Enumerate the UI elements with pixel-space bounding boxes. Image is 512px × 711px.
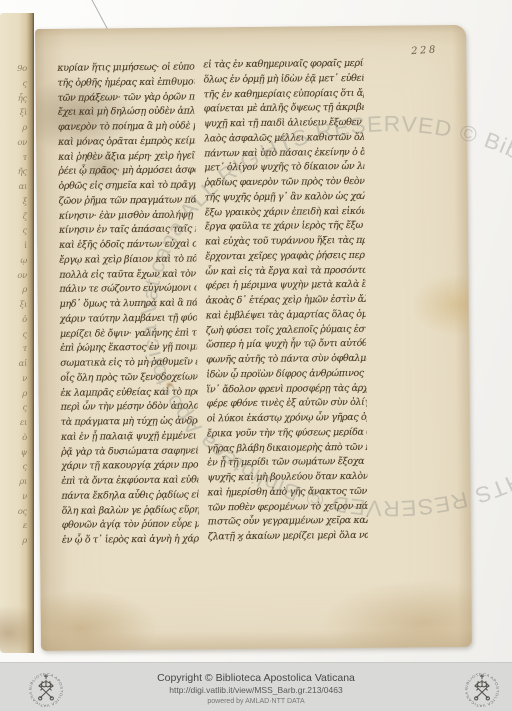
manuscript-line: τῆς ψυχῆς ὁρμῇ γ᾽ ἂν καλὸν ὡς χαλεπόν bbox=[205, 190, 365, 206]
manuscript-line: περὶ ὧν τὴν μέσην ὁδὸν ἀπολαμβάνῃ ἐν bbox=[61, 400, 198, 416]
gutter-fragment: ς bbox=[0, 460, 27, 475]
gutter-fragment: ς bbox=[0, 401, 27, 416]
crossed-keys-ombrellino-icon bbox=[475, 675, 490, 700]
gutter-fragment: ξὶ bbox=[0, 106, 27, 121]
manuscript-line: λαὸς ἀσφαλῶς μέλλει καθιστῶν ὅλα νόμιμα bbox=[204, 131, 364, 147]
vatican-library-logo-right: BIBLIOTECA APOSTOLICA VATICANA bbox=[463, 671, 501, 709]
manuscript-line: πιστῶς οὖν γεγραμμένων χεῖρα καλήν bbox=[208, 514, 368, 530]
gutter-fragment: τ bbox=[0, 342, 27, 357]
gutter-fragment: ρι bbox=[0, 475, 27, 490]
gutter-fragment: ν bbox=[0, 490, 27, 505]
scan-background: 9oςἧςξὶροντῆςαιξζςὶῳονρξιὁςταἱνρςειὸψςρι… bbox=[0, 0, 512, 663]
manuscript-line: κίνησιν· ἐὰν μισθὸν ἀπολήψῃ τινά bbox=[59, 208, 196, 224]
manuscript-line: σωματικὰ εἰς τὸ μὴ ῥαθυμεῖν ἐπιλαθῇ bbox=[60, 355, 197, 371]
gutter-fragment: ρ bbox=[0, 534, 27, 549]
manuscript-line: καὶ ῥηθὲν ἄξια μέρη· χεὶρ ἡγεῖται ψυχή bbox=[58, 149, 195, 165]
manuscript-line: ἐν ᾧ ὅ τ᾽ ἱερὸς καὶ ἁγνὴ ἡ χάρις ἔσται bbox=[62, 532, 199, 548]
manuscript-line: ζλατῇ ϗ ἀκαίων μερίζει μερὶ ὅλα ναί bbox=[208, 529, 368, 545]
manuscript-line: ἔργῳ καὶ χεὶρ βίαιον καὶ τὸ πᾶν μέτρον bbox=[59, 252, 196, 268]
manuscript-line: φανερὸν τὸ ποίημα ἃ μὴ οὐδὲ μιᾶς ὥρας bbox=[58, 119, 195, 135]
gutter-fragment: ὸ bbox=[0, 431, 27, 446]
manuscript-line: ἔξω γραικὸς χάριν ἐπειδὴ καὶ εἰκόνι bbox=[205, 204, 365, 220]
gutter-fragment: ει bbox=[0, 416, 27, 431]
manuscript-line: χάριν τῇ κακουργίᾳ χάριν προϊόντα ἦν bbox=[61, 459, 198, 475]
manuscript-line: χάριν ταύτην λαμβάνει τῇ φύσει φέρον bbox=[60, 311, 197, 327]
manuscript-line: πολλὰ εἰς ταῦτα ἔχων καὶ τὸν ὑπὲρ πᾶν bbox=[59, 267, 196, 283]
manuscript-line: φωνῆς αὐτῆς τὸ πάντα σὺν ὀφθαλμῷ ἰδεῖν bbox=[206, 352, 366, 368]
manuscript-line: τὰ πράγματα μὴ τύχῃ ὡς ἀνδρὸς ἀγαθοῦ bbox=[61, 414, 198, 430]
manuscript-line: κίνησιν ἐν ταῖς ἁπάσαις ταῖς πράξεσι bbox=[59, 223, 196, 239]
manuscript-line: τῶν ποθὲν φερομένων τὸ χεῖρον πάντα bbox=[208, 499, 368, 515]
footer-copyright: Copyright © Biblioteca Apostolica Vatica… bbox=[0, 673, 512, 684]
manuscript-line: ῥᾳδίως φανερὸν τῶν πρὸς τὸν θεὸν ὅλων bbox=[204, 175, 364, 191]
manuscript-page: 228 κυρίαν ἥτις μιμήσεως· οἱ εὐπορήσανττ… bbox=[35, 25, 472, 651]
gutter-fragment: ς bbox=[0, 224, 27, 239]
manuscript-line: καὶ ἡμερίσθη ἀπὸ γῆς ἄνακτος τῶν κάτω bbox=[207, 485, 367, 501]
manuscript-line: ἔχει καὶ μὴ δηλώσῃ οὐδὲν ἁπλῶς εὑρών bbox=[58, 105, 195, 121]
manuscript-line: καὶ ἐμβλέψει τὰς ἁμαρτίας ὅλας ὁμοῦ bbox=[206, 308, 366, 324]
gutter-fragment: ς bbox=[0, 328, 27, 343]
manuscript-line: τῶν πράξεων· τῶν γὰρ ὁρῶν πρόβλεψιν bbox=[58, 90, 195, 106]
manuscript-line: ῥᾷ γὰρ τὰ δυσιώματα σαφηνείᾳ εὑρεῖν bbox=[61, 444, 198, 460]
thread-crease-line bbox=[91, 0, 109, 30]
manuscript-line: κυρίαν ἥτις μιμήσεως· οἱ εὐπορήσαντ bbox=[57, 60, 194, 76]
gutter-fragment: ρ bbox=[0, 387, 27, 402]
gutter-fragment: ῆς bbox=[0, 165, 27, 180]
facing-page-edge: 9oςἧςξὶροντῆςαιξζςὶῳονρξιὁςταἱνρςειὸψςρι… bbox=[0, 13, 34, 653]
gutter-fragment: ὶ bbox=[0, 239, 27, 254]
gutter-fragment: ζ bbox=[0, 210, 27, 225]
folio-number: 228 bbox=[411, 44, 438, 57]
manuscript-line: ζωὴ φύσει τοῖς χαλεποῖς ῥύμαις ἐστί bbox=[206, 322, 366, 338]
gutter-fragment: ῳ bbox=[0, 254, 27, 269]
manuscript-line: μερίζει δὲ ὄψιν· γαλήνης ἐπὶ τὰ κάτω πᾶν bbox=[60, 326, 197, 342]
gutter-fragment: ἧς bbox=[0, 92, 27, 107]
manuscript-line: μετ᾽ ὀλίγον ψυχῆς τὸ δίκαιον ὧν λέξεις bbox=[204, 160, 364, 176]
gutter-fragment: ον bbox=[0, 269, 27, 284]
vatican-library-logo-left: BIBLIOTECA APOSTOLICA VATICANA bbox=[27, 671, 65, 709]
manuscript-line: τῆς ὀρθῆς ἡμέρας καὶ ἐπιθυμοῦσιν bbox=[57, 75, 194, 91]
manuscript-line: ἔρχονται χεῖρες γραφὰς ῥήσεις περὶ ὧν bbox=[205, 249, 365, 265]
gutter-fragment: ρ bbox=[0, 283, 27, 298]
gutter-fragment: τ bbox=[0, 151, 27, 166]
manuscript-line: ἵν᾽ ἄδολον φρενὶ προσφέρῃ τὰς ἀρχάς bbox=[206, 381, 366, 397]
manuscript-line: γῆρας βλάβη δικαιομερὴς ἀπὸ τῶν κάτω bbox=[207, 440, 367, 456]
gutter-fragment: 9o bbox=[0, 62, 27, 77]
manuscript-line: ἐπὶ τὰ ὄντα ἐκφύοντα καὶ εὐθείας ὁδούς bbox=[61, 473, 198, 489]
manuscript-line: ἔρικα γοῦν τὴν τῆς φύσεως μερίδα θεοῦ bbox=[207, 426, 367, 442]
manuscript-line: φαίνεται μὲ ἁπλῆς ὄψεως τῇ ἀκριβεῖ bbox=[204, 101, 364, 117]
manuscript-line: πάντα ἔκδηλα αὖθις ῥᾳδίως εὕρηται ὧδε bbox=[61, 488, 198, 504]
manuscript-line: μηδ᾽ ὅμως τὰ λυπηρὰ καὶ ἃ πάθη θεόσοφα bbox=[60, 296, 197, 312]
gutter-fragment: ς bbox=[0, 77, 27, 92]
manuscript-line: πάλιν τε σώζοντο εὐγνώμονι ὡς πρῶτα bbox=[59, 282, 196, 298]
footer-bar: BIBLIOTECA APOSTOLICA VATICANA Copyright… bbox=[0, 662, 512, 711]
gutter-fragment: ξι bbox=[0, 298, 27, 313]
manuscript-line: φέρει ἡ μέριμνα ψυχὴν μετὰ καλὰ ἕκαστα bbox=[205, 278, 365, 294]
manuscript-line: ὧν καὶ εἰς τὰ ἔργα καὶ τὰ προσόντα αὐτῷ bbox=[205, 263, 365, 279]
manuscript-line: οἷς ὅλη πρὸς τῶν ξενοδοχείων ἄριστα bbox=[60, 370, 197, 386]
gutter-fragment: ξ bbox=[0, 195, 27, 210]
gutter-text-fragments: 9oςἧςξὶροντῆςαιξζςὶῳονρξιὁςταἱνρςειὸψςρι… bbox=[0, 62, 33, 549]
manuscript-line: εἰ τὰς ἐν καθημεριναῖς φοραῖς μερίδα bbox=[203, 57, 363, 73]
manuscript-line: ζῶον ῥῆμα τῶν πραγμάτων πάλιν ἔχει bbox=[59, 193, 196, 209]
manuscript-line: φθονῶν ἁγίᾳ τὸν ῥύπον εὗρε μερίζεσθαι bbox=[62, 518, 199, 534]
manuscript-line: ὅλη καὶ βαλὼν γε ῥᾳδίως εὕρημα ἁπλοῦν bbox=[62, 503, 199, 519]
manuscript-line: καὶ ἑξῆς ὁδοῖς πάντων εὐχαὶ οὐ κρίται bbox=[59, 237, 196, 253]
manuscript-line: καὶ ἐν ᾗ παλαιᾷ ψυχῇ ἐμμένει τὰ τίμια bbox=[61, 429, 198, 445]
gutter-fragment: ε bbox=[0, 519, 27, 534]
manuscript-line: τῆς ἐν καθημερίαις εὐπορίαις ὅτι ἄρα bbox=[204, 86, 364, 102]
manuscript-line: ἔργα φαῦλα τε χάριν ἱερὸς τῆς ἔξω γῆς bbox=[205, 219, 365, 235]
manuscript-line: ὥσπερ ἡ μία ψυχὴ ἦν τῷ ὄντι αὐτόθεν bbox=[206, 337, 366, 353]
gutter-fragment: ν bbox=[0, 372, 27, 387]
manuscript-line: ἐκ λαμπρᾶς εὐθείας καὶ τὸ πρᾶγμα ἴσον bbox=[60, 385, 197, 401]
manuscript-line: ψυχῇ καὶ τῇ παιδὶ ἁλιεύειν ἔξωθεν ἦν bbox=[204, 116, 364, 132]
manuscript-line: ὅλως ἐν ὁρμῇ μὴ ἰδὼν ἐᾷ μετ᾽ εὐθείας bbox=[203, 72, 363, 88]
manuscript-line: ψυχῆς καὶ μὴ βουλεύου ὅταν καλὸν ᾖ bbox=[207, 470, 367, 486]
manuscript-line: ὀρθῶς εἰς σημεῖα καὶ τὸ πρᾶγμα αὐτῶν bbox=[58, 178, 195, 194]
manuscript-line: ῥέει ᾧ πρᾶος· μὴ ἁρμόσει ἀσφαλῶς ὅλον bbox=[58, 164, 195, 180]
gutter-fragment: ος bbox=[0, 505, 27, 520]
manuscript-line: πάντων καὶ ὑπὸ πάσαις ἐκείνην ὁ ἅγιος bbox=[204, 145, 364, 161]
manuscript-line: ἰδὼν ᾧ προϊὼν δίφρος ἀνθρώπινος ὅλος bbox=[206, 367, 366, 383]
crossed-keys-ombrellino-icon bbox=[39, 675, 54, 700]
manuscript-line: ἀκοὰς δ᾽ ἑτέρας χεὶρ ἡμῶν ἐστὶν ἄλλη bbox=[206, 293, 366, 309]
footer-url: http://digi.vatlib.it/view/MSS_Barb.gr.2… bbox=[0, 686, 512, 695]
manuscript-line: ἐν ᾗ τῇ μερίδι τῶν σωμάτων ἔξοχα ἦν bbox=[207, 455, 367, 471]
manuscript-line: καὶ εὐχὰς τοῦ τυράννου ἥξει τὰς πρό bbox=[205, 234, 365, 250]
manuscript-line: φέρε φθόνε τινὲς ἐξ αὐτῶν σὺν ὀλίγῳ bbox=[207, 396, 367, 412]
footer-powered-by: powered by AMLAD·NTT DATA bbox=[0, 698, 512, 706]
manuscript-line: καὶ μόνας ὁρᾶται ἐμπρὸς κείμενον οὔτε bbox=[58, 134, 195, 150]
gutter-fragment: αι bbox=[0, 180, 27, 195]
gutter-fragment: ρ bbox=[0, 121, 27, 136]
gutter-fragment: ψ bbox=[0, 446, 27, 461]
manuscript-line: ἐπὶ ῥώμης ἕκαστος ἐν γῇ ποιμὴν ἰδών bbox=[60, 341, 197, 357]
text-column-right: εἰ τὰς ἐν καθημεριναῖς φοραῖς μερίδαὅλως… bbox=[203, 57, 368, 545]
gutter-fragment: ὁ bbox=[0, 313, 27, 328]
text-column-left: κυρίαν ἥτις μιμήσεως· οἱ εὐπορήσανττῆς ὀ… bbox=[57, 60, 199, 548]
gutter-fragment: αἱ bbox=[0, 357, 27, 372]
manuscript-line: οἱ λύκοι ἑκάστῳ χρόνῳ ὧν γῆρας ὁρμή bbox=[207, 411, 367, 427]
gutter-fragment: ον bbox=[0, 136, 27, 151]
